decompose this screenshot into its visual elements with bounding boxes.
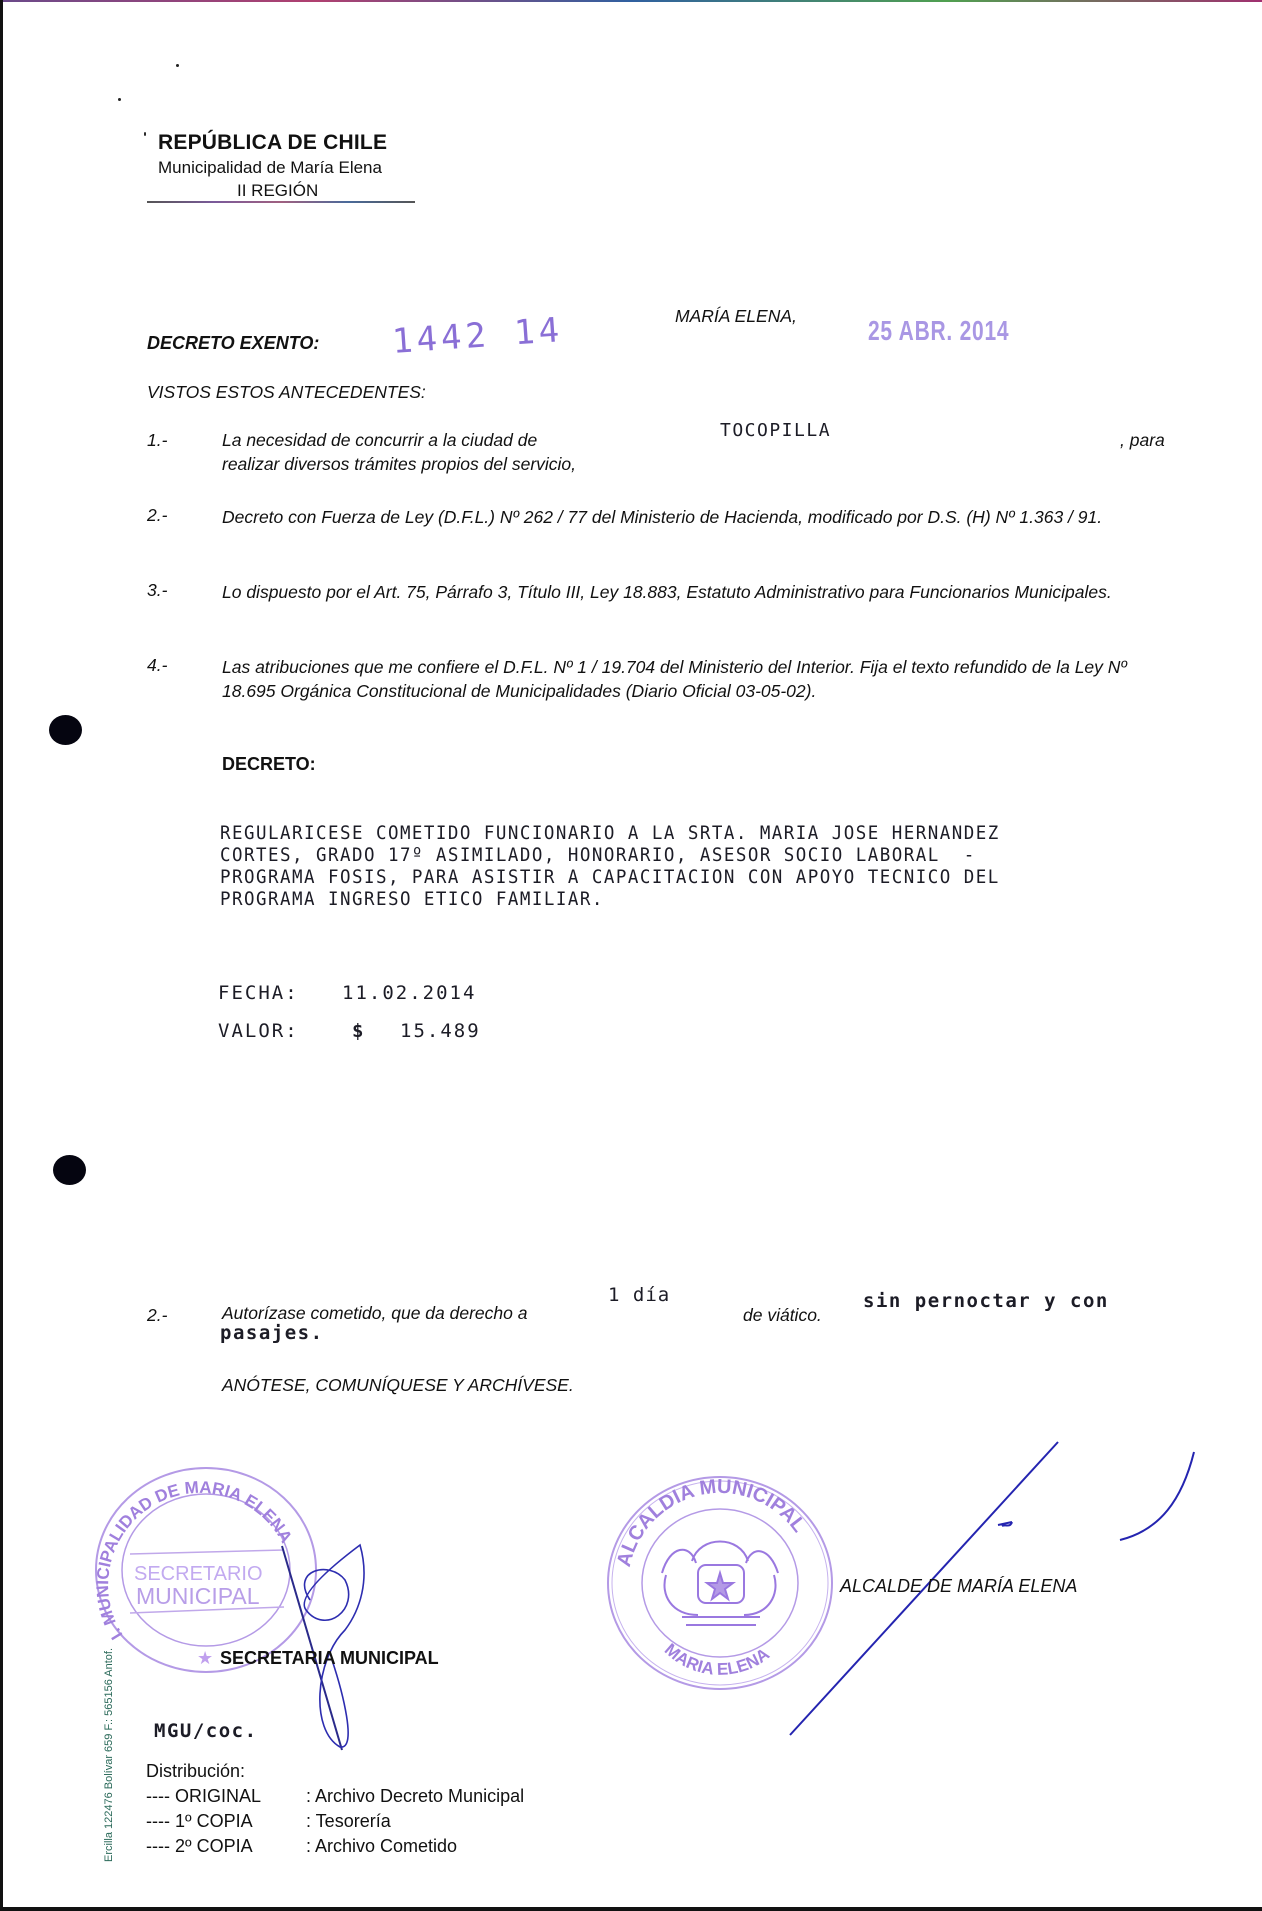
coat-of-arms-icon [662,1542,778,1626]
fecha-label: FECHA: [218,982,299,1004]
authorization-text: Autorízase cometido, que da derecho a [222,1303,527,1324]
scan-edge-bottom [0,1907,1262,1911]
resolution-line: CORTES, GRADO 17º ASIMILADO, HONORARIO, … [220,844,1000,866]
scan-speck [118,98,121,101]
authorization-condition-2: pasajes. [220,1322,324,1344]
svg-text:MARIA ELENA: MARIA ELENA [661,1640,773,1679]
distribution-dest: : Tesorería [306,1811,391,1831]
item-number: 2.- [147,505,167,526]
resolution-body: REGULARICESE COMETIDO FUNCIONARIO A LA S… [220,822,1000,910]
resolution-line: PROGRAMA FOSIS, PARA ASISTIR A CAPACITAC… [220,866,1000,888]
star-icon: ★ [197,1648,213,1669]
authorization-condition: sin pernoctar y con [863,1290,1109,1312]
item-1-text: La necesidad de concurrir a la ciudad de [222,430,537,451]
scan-speck [176,64,179,67]
item-number: 4.- [147,655,167,676]
initials: MGU/coc. [154,1720,258,1742]
seal-center-line2: MUNICIPAL [136,1583,260,1609]
item-number: 1.- [147,430,167,451]
distribution-heading: Distribución: [146,1761,245,1782]
distribution-copy: ---- ORIGINAL [146,1786,306,1807]
valor-currency: $ [352,1020,365,1042]
item-4-text: Las atribuciones que me confiere el D.F.… [222,655,1182,703]
distribution-dest: : Archivo Cometido [306,1836,457,1856]
distribution-row: ---- ORIGINAL: Archivo Decreto Municipal [146,1786,524,1807]
resolution-line: PROGRAMA INGRESO ETICO FAMILIAR. [220,888,1000,910]
distribution-row: ---- 2º COPIA: Archivo Cometido [146,1836,457,1857]
authorization-number: 2.- [147,1305,167,1326]
secretaria-signature-label: SECRETARIA MUNICIPAL [220,1648,439,1669]
valor-value: 15.489 [400,1020,481,1042]
scan-edge-left [0,0,3,1911]
alcalde-signature-label: ALCALDE DE MARÍA ELENA [840,1576,1077,1597]
resolution-heading: DECRETO: [222,754,316,775]
item-1-city: TOCOPILLA [720,420,831,441]
viatico-days: 1 día [608,1284,670,1306]
letterhead-rule [147,201,415,203]
printer-imprint: Ercilla 122476 Bolívar 659 F.: 565156 An… [103,1648,115,1862]
decree-date-stamp: 25 ABR. 2014 [868,315,1009,347]
item-2-text: Decreto con Fuerza de Ley (D.F.L.) Nº 26… [222,505,1182,529]
scan-edge-top [0,0,1262,2]
decree-place: MARÍA ELENA, [675,306,797,327]
considerations-heading: VISTOS ESTOS ANTECEDENTES: [147,382,426,403]
distribution-dest: : Archivo Decreto Municipal [306,1786,524,1806]
valor-label: VALOR: [218,1020,299,1042]
hole-punch [53,1155,86,1185]
item-1-line2: realizar diversos trámites propios del s… [222,454,576,475]
hole-punch [49,715,82,745]
letterhead-municipality: Municipalidad de María Elena [158,158,382,178]
authorization-text-mid: de viático. [743,1305,822,1326]
closing-formula: ANÓTESE, COMUNÍQUESE Y ARCHÍVESE. [222,1375,574,1396]
item-1-text-after: , para [1120,430,1165,451]
decree-label: DECRETO EXENTO: [147,333,319,354]
item-3-text: Lo dispuesto por el Art. 75, Párrafo 3, … [222,580,1182,604]
item-number: 3.- [147,580,167,601]
distribution-copy: ---- 1º COPIA [146,1811,306,1832]
resolution-line: REGULARICESE COMETIDO FUNCIONARIO A LA S… [220,822,1000,844]
letterhead-region: II REGIÓN [237,181,318,201]
decree-number-stamp: 1442 14 [391,310,565,362]
seal-center-line1: SECRETARIO [134,1563,263,1585]
letterhead-country: REPÚBLICA DE CHILE [158,131,387,155]
distribution-row: ---- 1º COPIA: Tesorería [146,1811,391,1832]
scan-speck [144,132,146,136]
fecha-value: 11.02.2014 [342,982,476,1004]
distribution-copy: ---- 2º COPIA [146,1836,306,1857]
